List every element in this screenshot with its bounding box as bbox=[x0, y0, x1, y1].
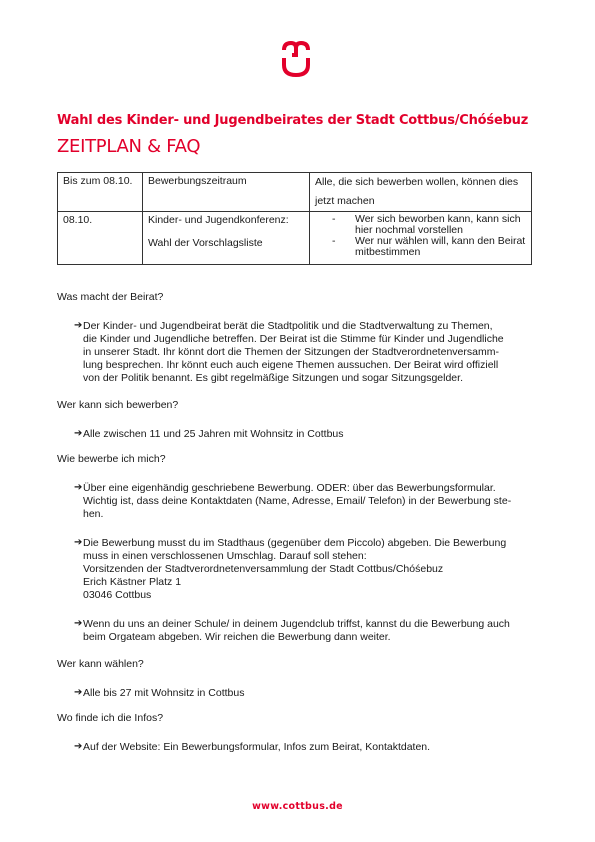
document-title: Wahl des Kinder- und Jugendbeirates der … bbox=[57, 113, 528, 128]
faq-answer: ➔Alle bis 27 mit Wohnsitz in Cottbus bbox=[57, 687, 537, 700]
schedule-note: Alle, die sich bewerben wollen, können d… bbox=[310, 173, 532, 212]
answer-line: in unserer Stadt. Ihr könnt dort die The… bbox=[83, 346, 537, 359]
dash-bullet: - bbox=[332, 214, 336, 225]
note-line: jetzt machen bbox=[315, 192, 526, 211]
document-subtitle: ZEITPLAN & FAQ bbox=[57, 136, 200, 157]
answer-line: lung besprechen. Ihr könnt euch auch eig… bbox=[83, 359, 537, 372]
answer-text: Auf der Website: Ein Bewerbungsformular,… bbox=[83, 741, 537, 754]
list-item: - Wer nur wählen will, kann den Beirat m… bbox=[315, 236, 526, 258]
answer-line: Vorsitzenden der Stadtverordnetenversamm… bbox=[83, 563, 537, 576]
schedule-date: 08.10. bbox=[58, 212, 143, 265]
bullet-line: mitbestimmen bbox=[355, 247, 526, 258]
answer-line: Über eine eigenhändig geschriebene Bewer… bbox=[83, 482, 537, 495]
faq-answer: ➔Alle zwischen 11 und 25 Jahren mit Wohn… bbox=[57, 428, 537, 441]
answer-text: Der Kinder- und Jugendbeirat berät die S… bbox=[83, 320, 537, 385]
faq-question: Was macht der Beirat? bbox=[57, 291, 537, 304]
dash-bullet: - bbox=[332, 236, 336, 247]
arrow-right-icon: ➔ bbox=[74, 428, 82, 439]
answer-line: Die Bewerbung musst du im Stadthaus (geg… bbox=[83, 537, 537, 550]
note-line: Alle, die sich bewerben wollen, können d… bbox=[315, 173, 526, 192]
answer-line: von der Politik benannt. Es gibt regelmä… bbox=[83, 372, 537, 385]
answer-text: Wenn du uns an deiner Schule/ in deinem … bbox=[83, 618, 537, 644]
faq-answer: ➔Wenn du uns an deiner Schule/ in deinem… bbox=[57, 618, 537, 644]
answer-line: muss in einen verschlossenen Umschlag. D… bbox=[83, 550, 537, 563]
cottbus-logo-icon bbox=[280, 41, 312, 77]
faq-answer: ➔Der Kinder- und Jugendbeirat berät die … bbox=[57, 320, 537, 385]
arrow-right-icon: ➔ bbox=[74, 741, 82, 752]
schedule-table: Bis zum 08.10. Bewerbungszeitraum Alle, … bbox=[57, 172, 532, 265]
faq-answer: ➔Über eine eigenhändig geschriebene Bewe… bbox=[57, 482, 537, 521]
schedule-event: Kinder- und Jugendkonferenz: Wahl der Vo… bbox=[143, 212, 310, 265]
website-link[interactable]: www.cottbus.de bbox=[0, 801, 595, 812]
answer-text: Alle zwischen 11 und 25 Jahren mit Wohns… bbox=[83, 428, 537, 441]
faq-question: Wer kann sich bewerben? bbox=[57, 399, 537, 412]
answer-line: Erich Kästner Platz 1 bbox=[83, 576, 537, 589]
schedule-row: Bis zum 08.10. Bewerbungszeitraum Alle, … bbox=[58, 173, 532, 212]
arrow-right-icon: ➔ bbox=[74, 320, 82, 331]
faq-answer: ➔Die Bewerbung musst du im Stadthaus (ge… bbox=[57, 537, 537, 602]
answer-text: Alle bis 27 mit Wohnsitz in Cottbus bbox=[83, 687, 537, 700]
answer-line: Alle zwischen 11 und 25 Jahren mit Wohns… bbox=[83, 428, 537, 441]
answer-line: 03046 Cottbus bbox=[83, 589, 537, 602]
arrow-right-icon: ➔ bbox=[74, 482, 82, 493]
list-item: - Wer sich beworben kann, kann sich hier… bbox=[315, 214, 526, 236]
schedule-note: - Wer sich beworben kann, kann sich hier… bbox=[310, 212, 532, 265]
schedule-event: Bewerbungszeitraum bbox=[143, 173, 310, 212]
arrow-right-icon: ➔ bbox=[74, 687, 82, 698]
faq-section: Was macht der Beirat?➔Der Kinder- und Ju… bbox=[57, 291, 537, 754]
schedule-row: 08.10. Kinder- und Jugendkonferenz: Wahl… bbox=[58, 212, 532, 265]
arrow-right-icon: ➔ bbox=[74, 618, 82, 629]
answer-line: Der Kinder- und Jugendbeirat berät die S… bbox=[83, 320, 537, 333]
answer-line: Wichtig ist, dass deine Kontaktdaten (Na… bbox=[83, 495, 537, 508]
dash-list: - Wer sich beworben kann, kann sich hier… bbox=[315, 214, 526, 258]
faq-question: Wer kann wählen? bbox=[57, 658, 537, 671]
faq-question: Wie bewerbe ich mich? bbox=[57, 453, 537, 466]
event-line: Wahl der Vorschlagsliste bbox=[148, 237, 304, 250]
answer-line: Alle bis 27 mit Wohnsitz in Cottbus bbox=[83, 687, 537, 700]
answer-line: hen. bbox=[83, 508, 537, 521]
answer-line: Auf der Website: Ein Bewerbungsformular,… bbox=[83, 741, 537, 754]
arrow-right-icon: ➔ bbox=[74, 537, 82, 548]
answer-line: die Kinder und Jugendliche betreffen. De… bbox=[83, 333, 537, 346]
answer-text: Die Bewerbung musst du im Stadthaus (geg… bbox=[83, 537, 537, 602]
answer-text: Über eine eigenhändig geschriebene Bewer… bbox=[83, 482, 537, 521]
answer-line: beim Orgateam abgeben. Wir reichen die B… bbox=[83, 631, 537, 644]
faq-answer: ➔Auf der Website: Ein Bewerbungsformular… bbox=[57, 741, 537, 754]
faq-question: Wo finde ich die Infos? bbox=[57, 712, 537, 725]
schedule-date: Bis zum 08.10. bbox=[58, 173, 143, 212]
event-line: Kinder- und Jugendkonferenz: bbox=[148, 214, 304, 227]
answer-line: Wenn du uns an deiner Schule/ in deinem … bbox=[83, 618, 537, 631]
